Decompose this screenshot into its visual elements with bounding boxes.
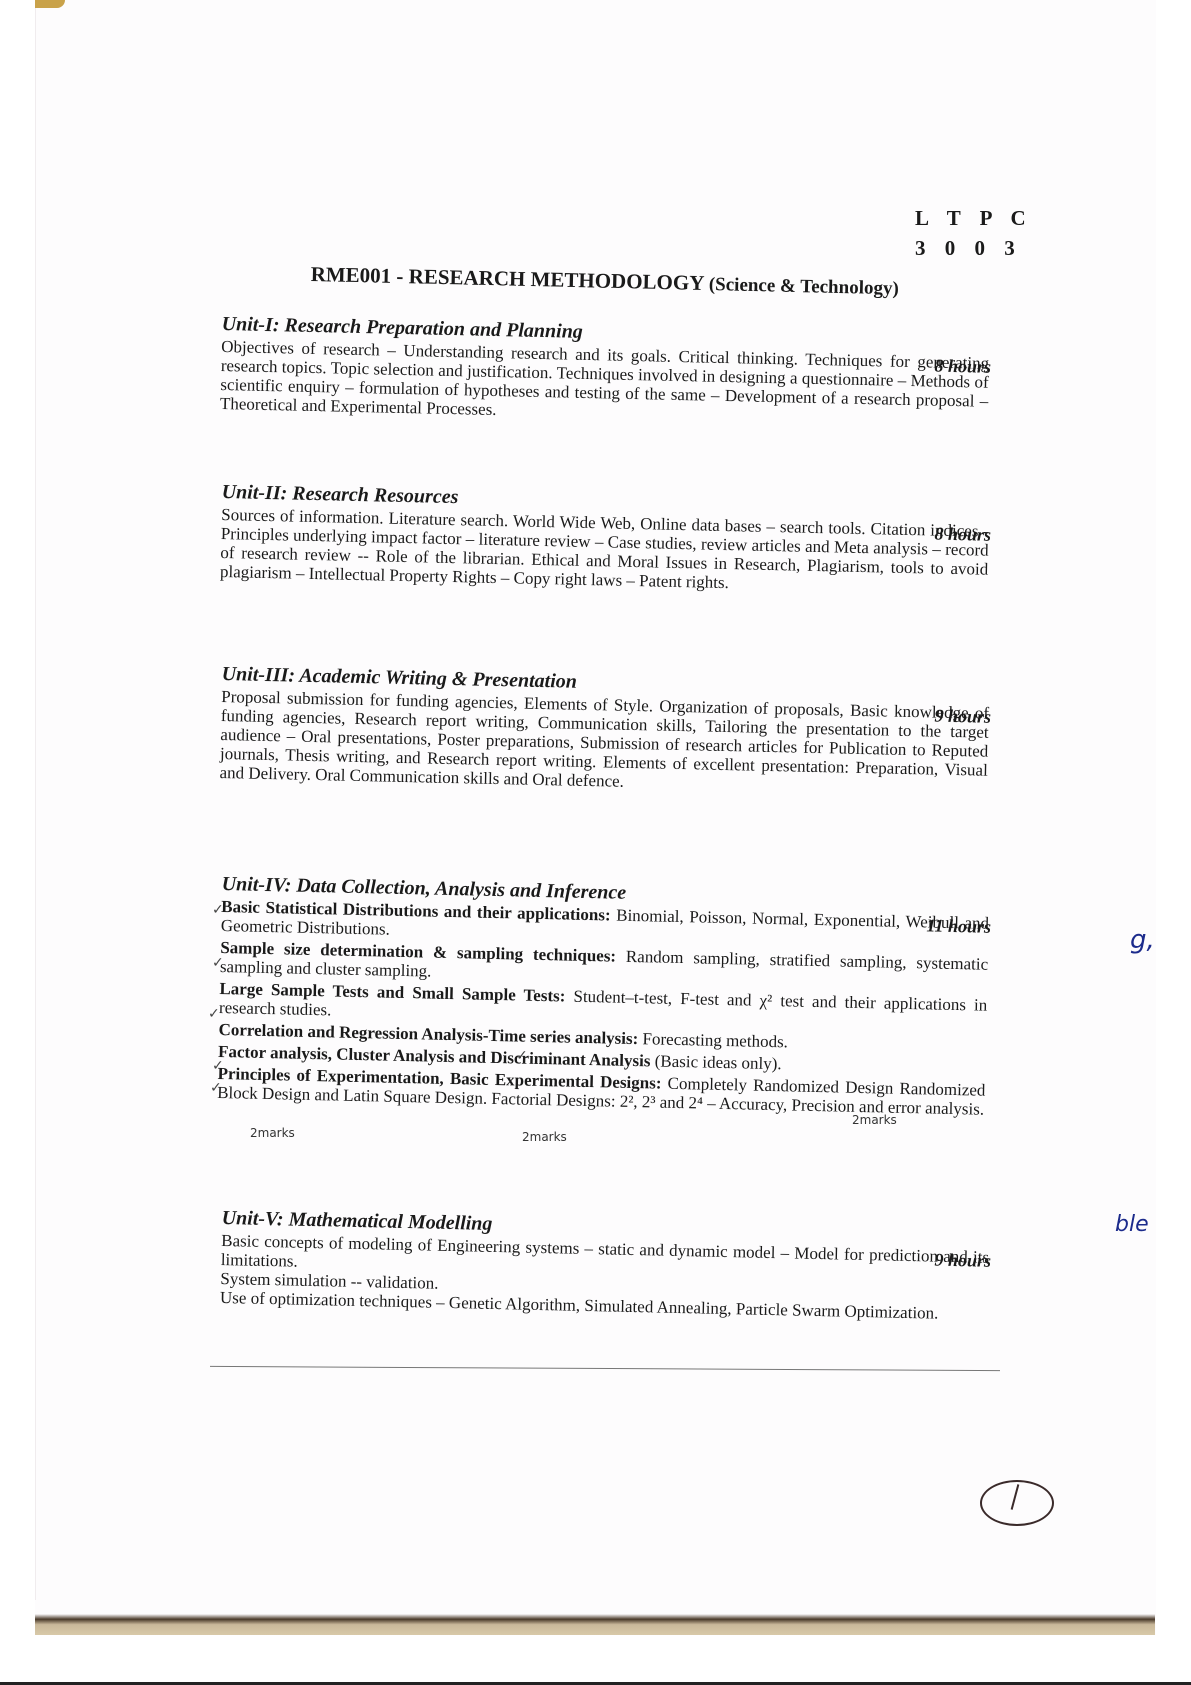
margin-note: g,: [1130, 925, 1155, 955]
unit-4: Unit-IV: Data Collection, Analysis and I…: [217, 872, 992, 1122]
ltpc-block: L T P C 3 0 0 3: [915, 203, 1033, 263]
unit-body: Basic Statistical Distributions and thei…: [217, 897, 991, 1119]
unit-hours: 8 hours: [934, 524, 991, 546]
check-mark-icon: ✓: [208, 1006, 220, 1022]
marks-note: 2marks: [522, 1130, 567, 1144]
unit-hours: 11 hours: [926, 915, 991, 937]
check-mark-icon: ✓: [212, 902, 224, 918]
topic-text: (Basic ideas only).: [650, 1051, 782, 1073]
marks-note: 2marks: [852, 1113, 897, 1127]
unit-5: Unit-V: Mathematical Modelling 9 hours B…: [220, 1206, 992, 1324]
unit-hours: 9 hours: [934, 706, 991, 728]
check-mark-icon: ✓: [210, 1080, 222, 1096]
ltpc-labels: L T P C: [915, 203, 1033, 233]
marks-note: 2marks: [250, 1126, 295, 1140]
page-bottom-edge: [35, 1600, 1155, 1635]
topic-text: Forecasting methods.: [638, 1029, 788, 1051]
ltpc-values: 3 0 0 3: [915, 233, 1033, 263]
unit-1: Unit-I: Research Preparation and Plannin…: [220, 312, 992, 430]
unit-2: Unit-II: Research Resources 8 hours Sour…: [220, 480, 992, 598]
margin-note: ble: [1115, 1212, 1149, 1237]
page-stain: [35, 0, 65, 8]
course-subtitle: (Science & Technology): [709, 274, 899, 299]
unit-hours: 8 hours: [934, 356, 991, 378]
check-mark-icon: ✓: [516, 1048, 528, 1064]
unit-3: Unit-III: Academic Writing & Presentatio…: [219, 662, 991, 799]
check-mark-icon: ✓: [212, 955, 224, 971]
page-number-circle-icon: [980, 1480, 1054, 1526]
unit-body: Proposal submission for funding agencies…: [219, 687, 991, 799]
check-mark-icon: ✓: [212, 1058, 224, 1074]
unit-paragraph: Proposal submission for funding agencies…: [219, 687, 989, 799]
unit-hours: 9 hours: [934, 1250, 991, 1272]
